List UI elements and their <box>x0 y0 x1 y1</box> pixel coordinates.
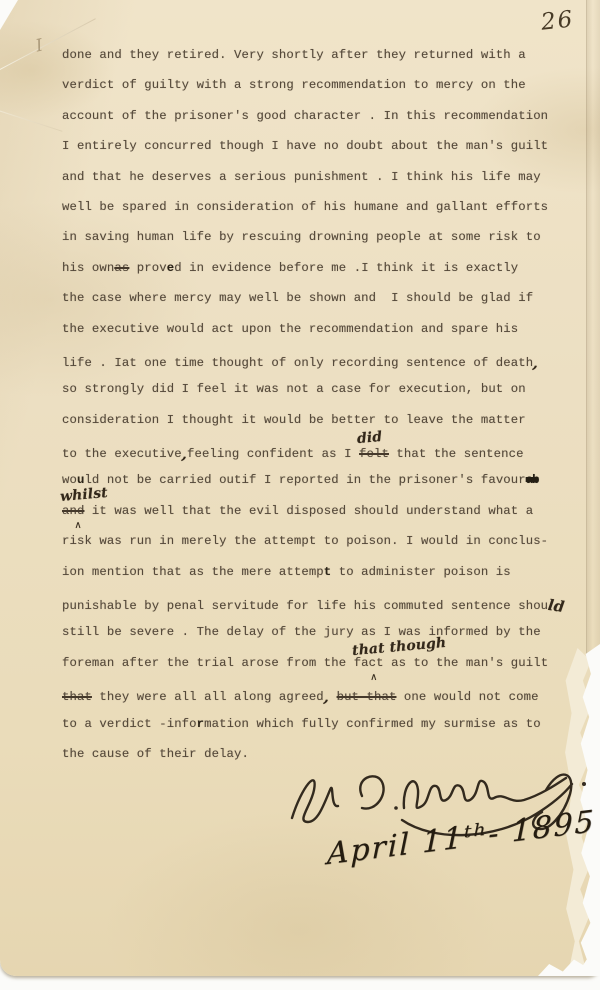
typed-line: the executive would act upon the recomme… <box>62 322 562 352</box>
typed-line: that they were all all along agreed, but… <box>62 686 562 716</box>
typed-line: risk was run in merely the attempt to po… <box>62 534 562 564</box>
caret-mark: ∧ <box>74 520 81 531</box>
typed-line: life . Iat one time thought of only reco… <box>62 352 562 382</box>
handwritten-annotation: , <box>532 354 540 373</box>
typed-line: andwhilst∧ it was well that the evil dis… <box>62 504 562 534</box>
typed-line: I entirely concurred though I have no do… <box>62 139 562 169</box>
page-number: 26 <box>539 6 575 35</box>
typed-line: to the executive,feeling confident as I … <box>62 443 562 473</box>
typed-text-block: done and they retired. Very shortly afte… <box>62 48 562 777</box>
typed-line: well be spared in consideration of his h… <box>62 200 562 230</box>
typed-line: still be severe . The delay of the jury … <box>62 625 562 655</box>
typed-line: consideration I thought it would be bett… <box>62 413 562 443</box>
typed-line: punishable by penal servitude for life h… <box>62 595 562 625</box>
typed-line: to a verdict -information which fully co… <box>62 717 562 747</box>
typed-line: the case where mercy may well be shown a… <box>62 291 562 321</box>
handwritten-annotation: did <box>356 429 383 447</box>
typed-line: account of the prisoner's good character… <box>62 109 562 139</box>
handwritten-annotation: ld <box>547 596 566 616</box>
page-edge <box>587 0 600 655</box>
typed-line: and that he deserves a serious punishmen… <box>62 170 562 200</box>
document-scan: 26 I done and they retired. Very shortly… <box>0 0 600 990</box>
caret-mark: ∧ <box>370 672 377 683</box>
typed-line: verdict of guilty with a strong recommen… <box>62 78 562 108</box>
typed-line: done and they retired. Very shortly afte… <box>62 48 562 78</box>
typed-line: would not be carried outif I reported in… <box>62 473 562 503</box>
typed-line: ion mention that as the mere attempt to … <box>62 565 562 595</box>
typed-line: his ownas proved in evidence before me .… <box>62 261 562 291</box>
typed-line: foreman after the trial arose from the f… <box>62 656 562 686</box>
typed-line: so strongly did I feel it was not a case… <box>62 382 562 412</box>
typed-line: in saving human life by rescuing drownin… <box>62 230 562 260</box>
